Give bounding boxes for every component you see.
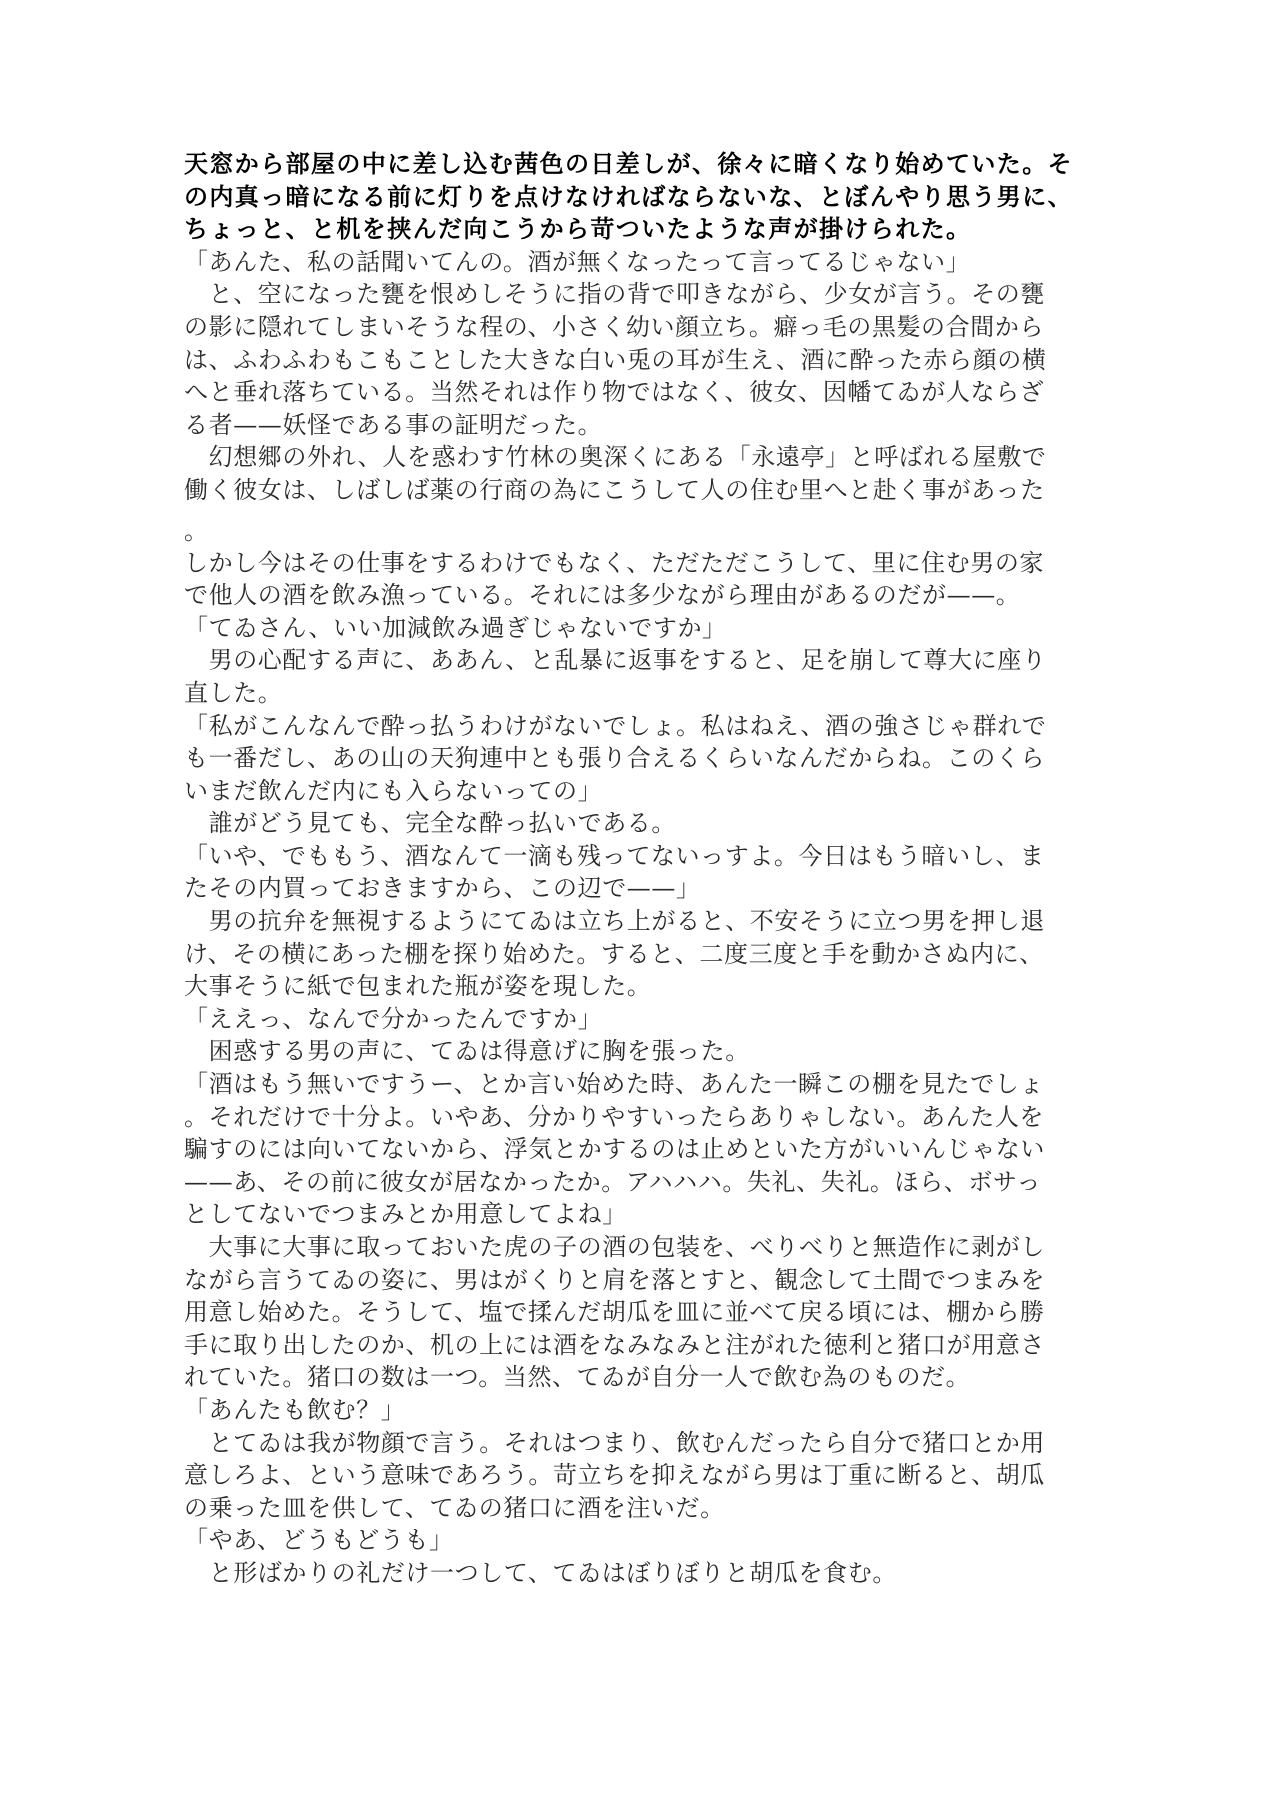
text-line: れていた。猪口の数は一つ。当然、てゐが自分一人で飲む為のものだ。 [184,1361,1084,1394]
text-line: 天窓から部屋の中に差し込む茜色の日差しが、徐々に暗くなり始めていた。そ [184,148,1084,181]
body-text: 「あんた、私の話聞いてんの。酒が無くなったって言ってるじゃない」 と、空になった… [184,246,1084,1590]
text-line: は、ふわふわもこもことした大きな白い兎の耳が生え、酒に酔った赤ら顔の横 [184,344,1084,377]
dialogue-line: 「あんたも飲む？」 [184,1394,1084,1427]
text-line: ちょっと、と机を挟んだ向こうから苛ついたような声が掛けられた。 [184,213,1084,246]
text-line: の影に隠れてしまいそうな程の、小さく幼い顔立ち。癖っ毛の黒髪の合間から [184,311,1084,344]
dialogue-line: 「いや、でももう、酒なんて一滴も残ってないっすよ。今日はもう暗いし、ま [184,840,1084,873]
text-line: とてゐは我が物顔で言う。それはつまり、飲むんだったら自分で猪口とか用 [184,1427,1084,1460]
text-line: 大事に大事に取っておいた虎の子の酒の包装を、べりべりと無造作に剥がし [184,1231,1084,1264]
text-line: へと垂れ落ちている。当然それは作り物ではなく、彼女、因幡てゐが人ならざ [184,376,1084,409]
dialogue-line: も一番だし、あの山の天狗連中とも張り合えるくらいなんだからね。このくら [184,742,1084,775]
text-line: と形ばかりの礼だけ一つして、てゐはぼりぼりと胡瓜を食む。 [184,1557,1084,1590]
text-line: け、その横にあった棚を探り始めた。すると、二度三度と手を動かさぬ内に、 [184,938,1084,971]
dialogue-line: いまだ飲んだ内にも入らないっての」 [184,775,1084,808]
opening-paragraph: 天窓から部屋の中に差し込む茜色の日差しが、徐々に暗くなり始めていた。そ の内真っ… [184,148,1084,246]
dialogue-line: ——あ、その前に彼女が居なかったか。アハハハ。失礼、失礼。ほら、ボサっ [184,1166,1084,1199]
text-line: の乗った皿を供して、てゐの猪口に酒を注いだ。 [184,1492,1084,1525]
dialogue-line: 「てゐさん、いい加減飲み過ぎじゃないですか」 [184,612,1084,645]
text-line: ながら言うてゐの姿に、男はがくりと肩を落とすと、観念して土間でつまみを [184,1264,1084,1297]
text-line: 男の抗弁を無視するようにてゐは立ち上がると、不安そうに立つ男を押し退 [184,905,1084,938]
dialogue-line: 「あんた、私の話聞いてんの。酒が無くなったって言ってるじゃない」 [184,246,1084,279]
text-line: 用意し始めた。そうして、塩で揉んだ胡瓜を皿に並べて戻る頃には、棚から勝 [184,1296,1084,1329]
text-line: しかし今はその仕事をするわけでもなく、ただただこうして、里に住む男の家 [184,547,1084,580]
text-line: 直した。 [184,677,1084,710]
text-line: 男の心配する声に、ああん、と乱暴に返事をすると、足を崩して尊大に座り [184,644,1084,677]
text-line: で他人の酒を飲み漁っている。それには多少ながら理由があるのだが——。 [184,579,1084,612]
text-line: 誰がどう見ても、完全な酔っ払いである。 [184,807,1084,840]
dialogue-line: 。それだけで十分よ。いやあ、分かりやすいったらありゃしない。あんた人を [184,1101,1084,1134]
dialogue-line: 「私がこんなんで酔っ払うわけがないでしょ。私はねえ、酒の強さじゃ群れで [184,710,1084,743]
dialogue-line: 「やあ、どうもどうも」 [184,1524,1084,1557]
dialogue-line: 「酒はもう無いですうー、とか言い始めた時、あんた一瞬この棚を見たでしょ [184,1068,1084,1101]
text-line: 。 [184,507,1084,547]
text-line: 働く彼女は、しばしば薬の行商の為にこうして人の住む里へと赴く事があった [184,474,1084,507]
text-line: 意しろよ、という意味であろう。苛立ちを抑えながら男は丁重に断ると、胡瓜 [184,1459,1084,1492]
text-line: 手に取り出したのか、机の上には酒をなみなみと注がれた徳利と猪口が用意さ [184,1329,1084,1362]
text-line: 困惑する男の声に、てゐは得意げに胸を張った。 [184,1035,1084,1068]
document-page: 天窓から部屋の中に差し込む茜色の日差しが、徐々に暗くなり始めていた。そ の内真っ… [184,148,1084,1590]
text-line: と、空になった甕を恨めしそうに指の背で叩きながら、少女が言う。その甕 [184,278,1084,311]
text-line: の内真っ暗になる前に灯りを点けなければならないな、とぼんやり思う男に、 [184,181,1084,214]
dialogue-line: としてないでつまみとか用意してよね」 [184,1198,1084,1231]
text-line: 大事そうに紙で包まれた瓶が姿を現した。 [184,970,1084,1003]
dialogue-line: 「ええっ、なんで分かったんですか」 [184,1003,1084,1036]
text-line: 幻想郷の外れ、人を惑わす竹林の奥深くにある「永遠亭」と呼ばれる屋敷で [184,441,1084,474]
dialogue-line: たその内買っておきますから、この辺で——」 [184,872,1084,905]
dialogue-line: 騙すのには向いてないから、浮気とかするのは止めといた方がいいんじゃない [184,1133,1084,1166]
text-line: る者——妖怪である事の証明だった。 [184,409,1084,442]
